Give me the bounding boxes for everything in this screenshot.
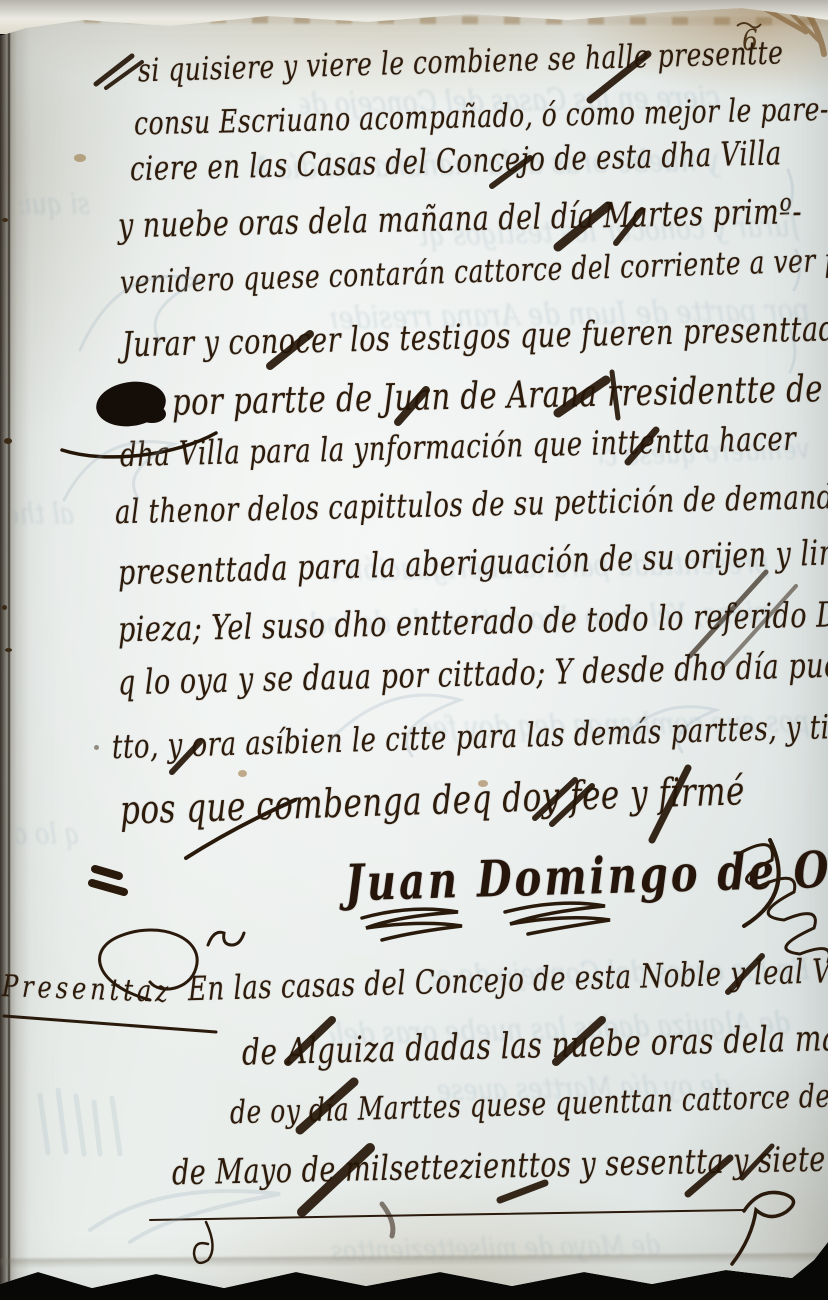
paper-crease — [0, 1253, 828, 1269]
signature: Juan Domingo de Olola — [344, 838, 828, 913]
manuscript-line: de oy día Marttes quese quenttan cattorc… — [229, 1075, 828, 1131]
margin-note: Presenttaz — [1, 969, 172, 1010]
manuscript-line: venidero quese contarán cattorce del cor… — [119, 239, 828, 301]
manuscript-line: y nuebe oras dela mañana del día Martes … — [118, 192, 803, 246]
manuscript-line: por partte de Juan de Arana rresidentte … — [172, 365, 828, 424]
manuscript-line: si quisiere y viere le combiene se halle… — [137, 34, 783, 89]
ink-speck — [94, 745, 99, 750]
binding-edge-line — [8, 26, 10, 1286]
manuscript-line: pos que combenga deq doy fee y firmé — [119, 768, 745, 834]
manuscript-line: de Alguiza dadas las nuebe oras dela mañ… — [241, 1015, 828, 1074]
stain-fleck — [238, 770, 247, 777]
manuscript-line: al thenor delos capittulos de su pettici… — [115, 478, 828, 532]
manuscript-line: ciere en las Casas del Concejo de esta d… — [130, 135, 783, 189]
manuscript-photo: ciere en las Casas del Concejo de esta d… — [0, 0, 828, 1300]
margin-note-underline — [4, 1016, 216, 1032]
ink-speck — [5, 648, 12, 652]
manuscript-line: dha Villa para la ynformación que intten… — [120, 420, 797, 475]
manuscript-line: q lo oya y se daua por cittado; Y desde … — [118, 645, 828, 703]
manuscript-line: En las casas del Concejo de esta Noble y… — [187, 952, 828, 1010]
manuscript-line: presenttada para la aberiguación de su o… — [117, 533, 828, 593]
manuscript-line: pieza; Yel suso dho entterado de todo lo… — [118, 595, 828, 650]
manuscript-line: de Mayo de milsettezienttos y sesentta y… — [172, 1138, 828, 1193]
manuscript-line: Jurar y conocer los testigos que fueren … — [122, 309, 828, 366]
ink-speck — [2, 605, 7, 610]
stain-fleck — [74, 154, 86, 162]
ghost-line: si quisiere y viere le combiene se halle… — [20, 187, 90, 221]
manuscript-line: tto, y ora asíbien le citte para las dem… — [111, 707, 828, 767]
stain-fleck — [478, 780, 488, 787]
manuscript-line: consu Escriuano acompañado, ó como mejor… — [134, 90, 828, 142]
manuscript-page: ciere en las Casas del Concejo de esta d… — [0, 0, 828, 1300]
ink-speck — [4, 438, 12, 444]
ink-speck — [2, 218, 8, 222]
